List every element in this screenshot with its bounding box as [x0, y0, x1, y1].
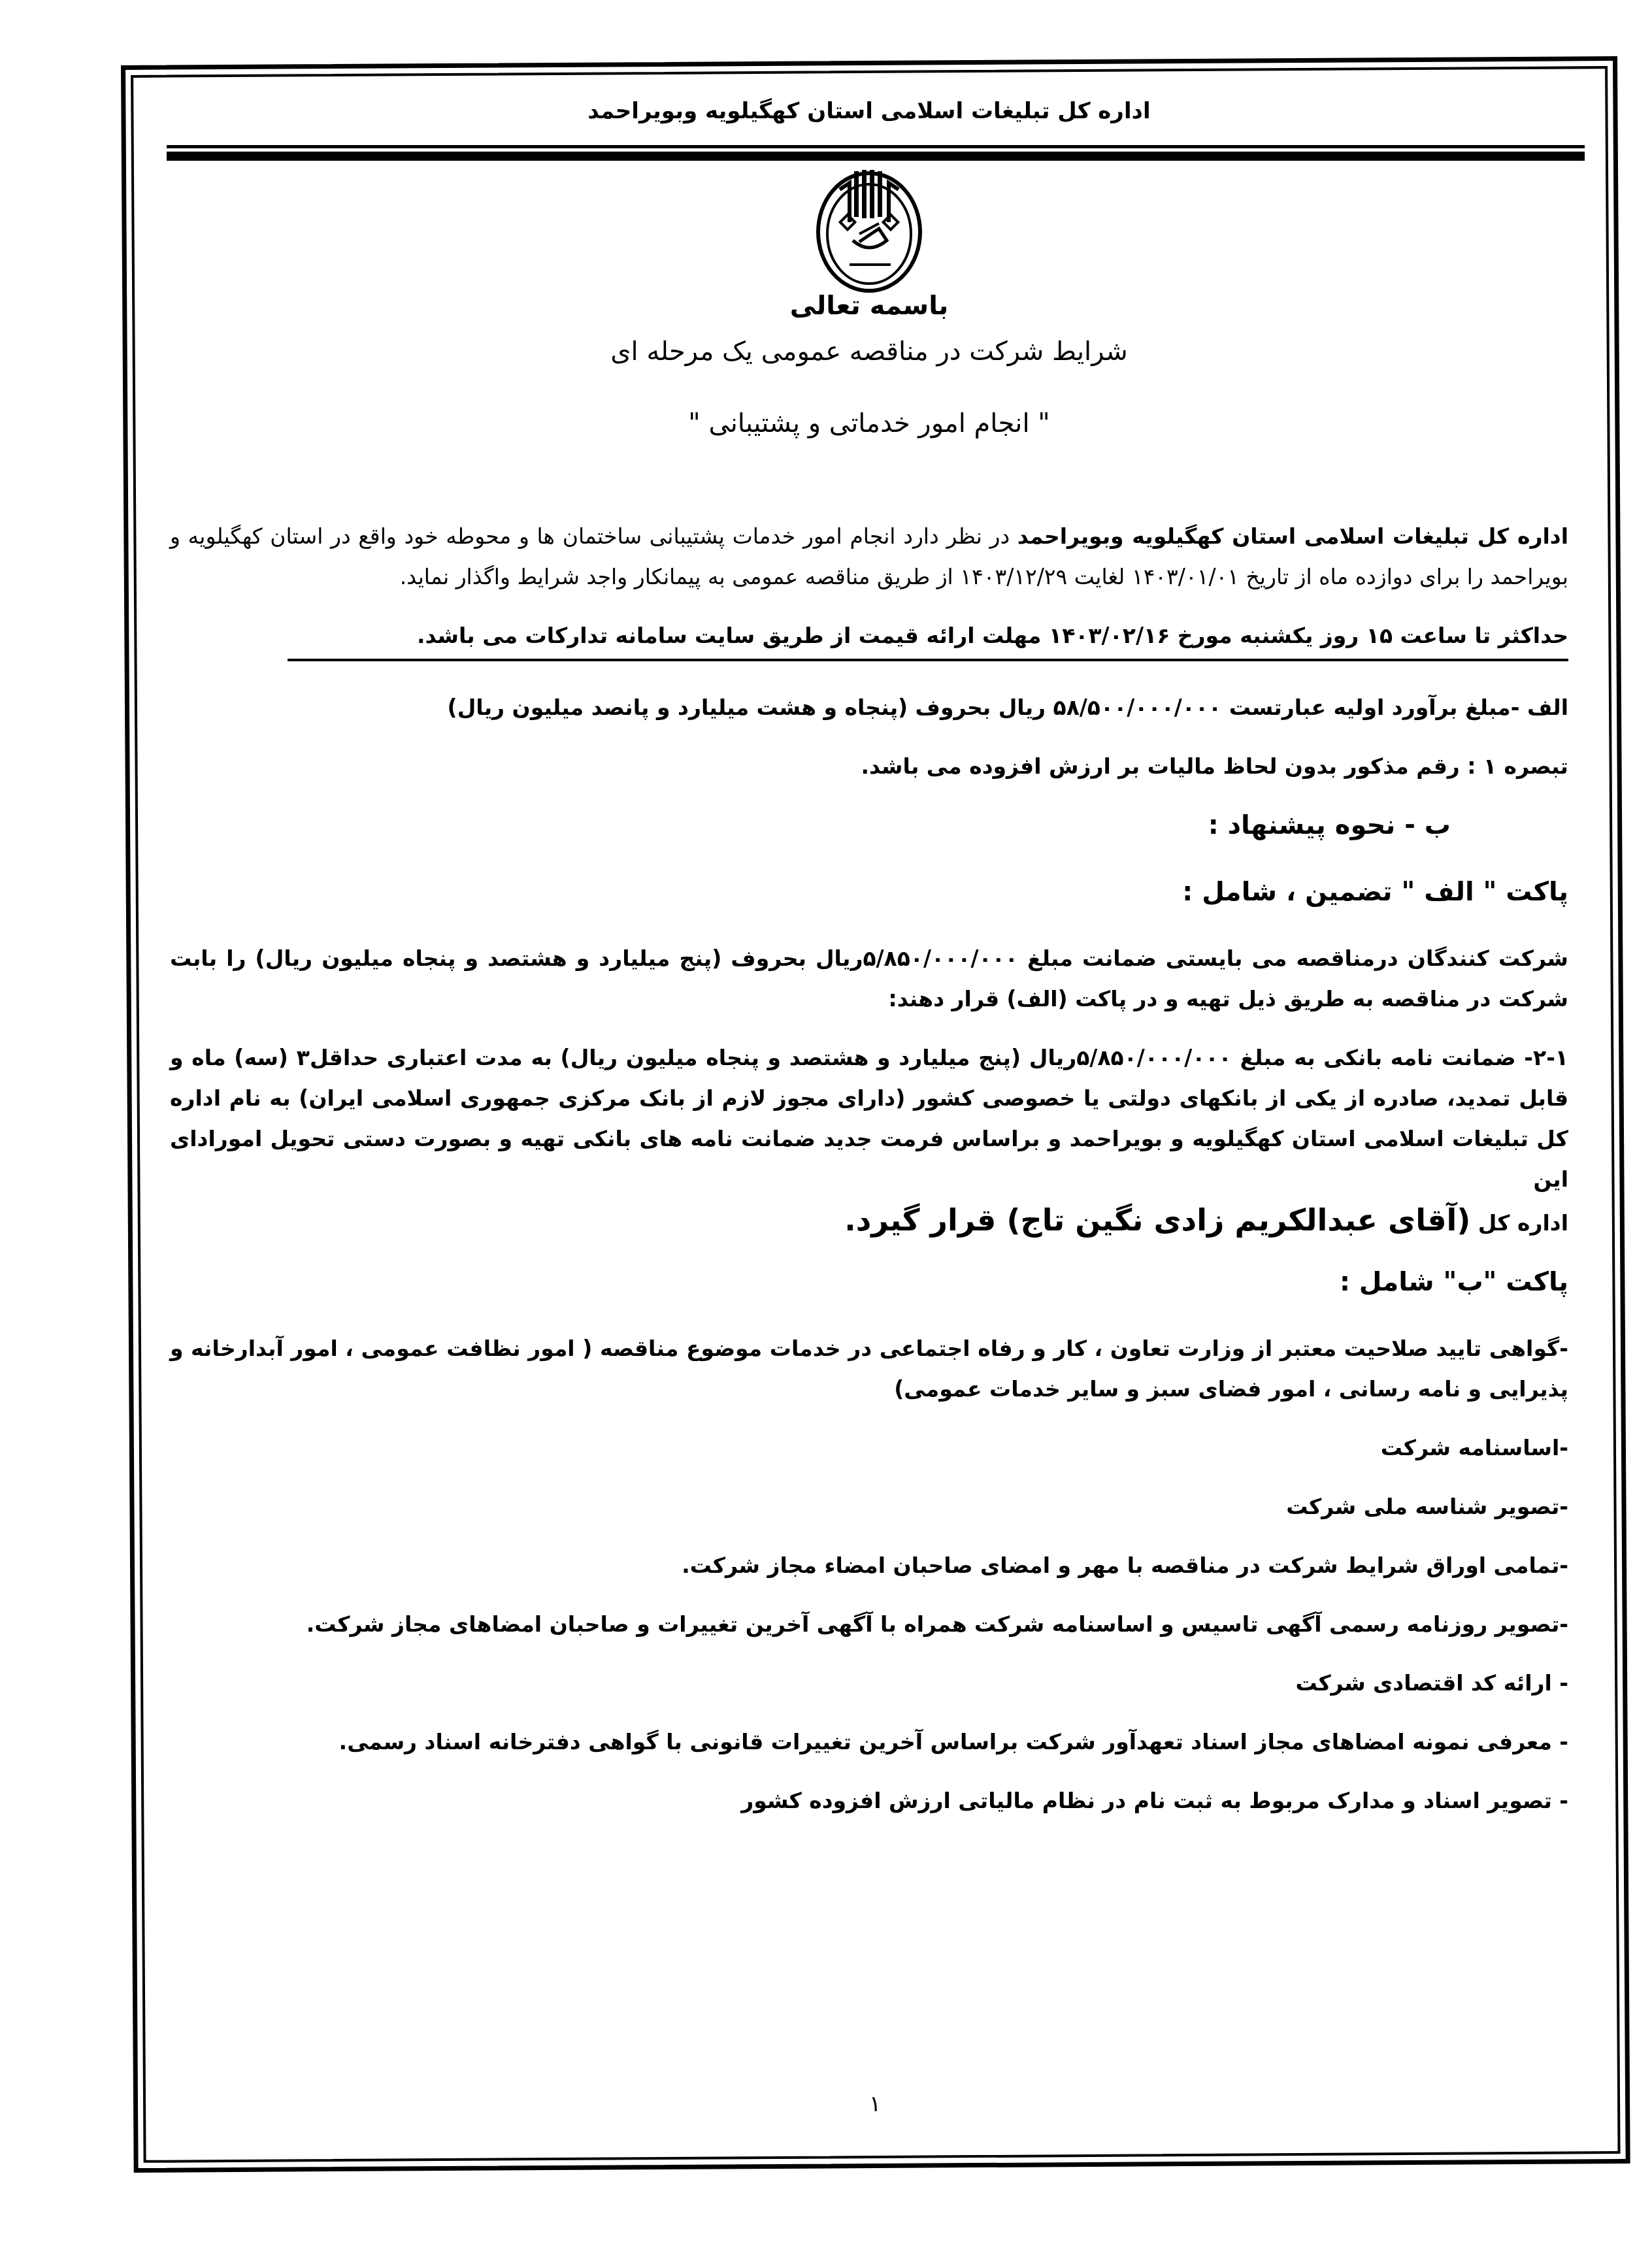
document-title: شرایط شرکت در مناقصه عمومی یک مرحله ای: [150, 337, 1588, 408]
packet-b-item: - ارائه کد اقتصادی شرکت: [170, 1663, 1568, 1704]
packet-b-item: - معرفی نمونه امضاهای مجاز اسناد تعهدآور…: [170, 1722, 1568, 1762]
packet-a-heading: پاکت " الف " تضمین ، شامل :: [170, 872, 1568, 912]
clause-2-1-end-prefix: اداره کل: [1470, 1210, 1568, 1236]
document-body: اداره کل تبلیغات اسلامی استان کهگیلویه و…: [170, 516, 1568, 1839]
packet-b-item: -تصویر شناسه ملی شرکت: [170, 1487, 1568, 1527]
packet-b-item: -تصویر روزنامه رسمی آگهی تاسیس و اساسنام…: [170, 1604, 1568, 1645]
packet-a-clause-2-1: ۲-۱- ضمانت نامه بانکی به مبلغ ۵/۸۵۰/۰۰۰/…: [170, 1038, 1568, 1243]
estimate-note: تبصره ۱ : رقم مذکور بدون لحاظ مالیات بر …: [170, 746, 1568, 787]
intro-organization: اداره کل تبلیغات اسلامی استان کهگیلویه و…: [1017, 523, 1568, 549]
packet-b-item: -تمامی اوراق شرایط شرکت در مناقصه با مهر…: [170, 1545, 1568, 1586]
clause-2-1-recipient: (آقای عبدالکریم زادی نگین تاج) قرار گیرد…: [844, 1202, 1470, 1238]
packet-b-item: -اساسنامه شرکت: [170, 1428, 1568, 1468]
packet-b-item: -گواهی تایید صلاحیت معتبر از وزارت تعاون…: [170, 1328, 1568, 1409]
section-b-heading: ب - نحوه پیشنهاد :: [170, 805, 1568, 846]
tender-subject: " انجام امور خدماتی و پشتیبانی ": [150, 408, 1588, 438]
header-organization-name: اداره کل تبلیغات اسلامی استان کهگیلویه و…: [150, 98, 1588, 124]
intro-paragraph: اداره کل تبلیغات اسلامی استان کهگیلویه و…: [170, 516, 1568, 597]
clause-2-1-text: ۲-۱- ضمانت نامه بانکی به مبلغ ۵/۸۵۰/۰۰۰/…: [170, 1045, 1568, 1192]
packet-b-heading: پاکت "ب" شامل :: [170, 1262, 1568, 1302]
title-block: باسمه تعالی شرایط شرکت در مناقصه عمومی ی…: [150, 291, 1588, 438]
packet-a-intro: شرکت کنندگان درمناقصه می بایستی ضمانت مب…: [170, 938, 1568, 1019]
page-number: ۱: [869, 2091, 881, 2117]
packet-b-item: - تصویر اسناد و مدارک مربوط به ثبت نام د…: [170, 1781, 1568, 1821]
estimate-amount: الف -مبلغ برآورد اولیه عبارتست ۵۸/۵۰۰/۰۰…: [170, 687, 1568, 728]
header-divider: [167, 145, 1585, 165]
deadline-notice: حداکثر تا ساعت ۱۵ روز یکشنبه مورخ ۱۴۰۳/۰…: [288, 616, 1568, 661]
basmala-heading: باسمه تعالی: [150, 291, 1588, 337]
organization-emblem-icon: [814, 163, 925, 294]
